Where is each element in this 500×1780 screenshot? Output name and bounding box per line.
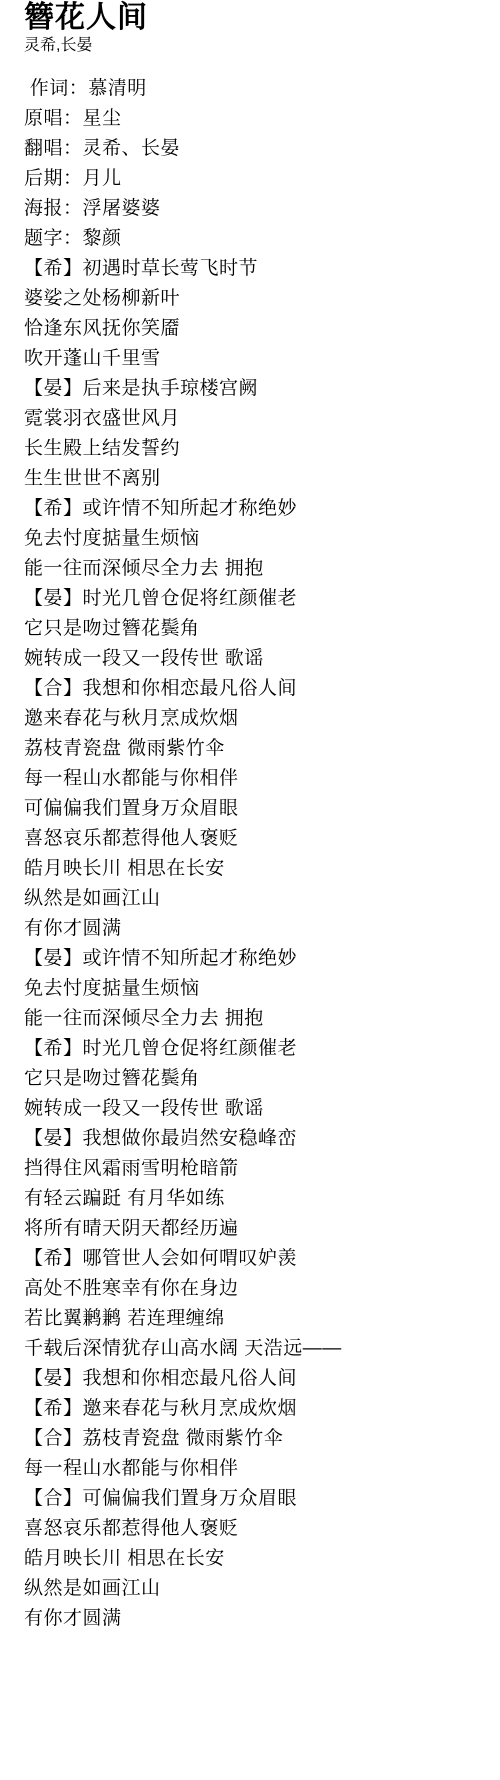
lyric-line: 生生世世不离别 <box>24 464 490 494</box>
lyric-line: 能一往而深倾尽全力去 拥抱 <box>24 554 490 584</box>
lyric-line: 它只是吻过簪花鬓角 <box>24 614 490 644</box>
lyric-line: 【希】哪管世人会如何喟叹妒羡 <box>24 1244 490 1274</box>
lyrics-page: 簪花人间 灵希,长晏 作词：慕清明原唱：星尘翻唱：灵希、长晏后期：月儿海报：浮屠… <box>0 0 500 1634</box>
lyric-line: 【晏】后来是执手琼楼宫阙 <box>24 374 490 404</box>
credit-line: 海报：浮屠婆婆 <box>24 194 490 224</box>
lyrics-block: 【希】初遇时草长莺飞时节婆娑之处杨柳新叶恰逢东风抚你笑靥吹开蓬山千里雪【晏】后来… <box>24 254 490 1634</box>
lyric-line: 皓月映长川 相思在长安 <box>24 1544 490 1574</box>
lyric-line: 能一往而深倾尽全力去 拥抱 <box>24 1004 490 1034</box>
lyric-line: 【希】初遇时草长莺飞时节 <box>24 254 490 284</box>
lyric-line: 霓裳羽衣盛世风月 <box>24 404 490 434</box>
lyric-line: 婉转成一段又一段传世 歌谣 <box>24 1094 490 1124</box>
lyric-line: 皓月映长川 相思在长安 <box>24 854 490 884</box>
artist-subtitle: 灵希,长晏 <box>24 34 490 58</box>
lyric-line: 有轻云蹁跹 有月华如练 <box>24 1184 490 1214</box>
lyric-line: 高处不胜寒幸有你在身边 <box>24 1274 490 1304</box>
lyric-line: 【合】荔枝青瓷盘 微雨紫竹伞 <box>24 1424 490 1454</box>
lyric-line: 婆娑之处杨柳新叶 <box>24 284 490 314</box>
lyric-line: 将所有晴天阴天都经历遍 <box>24 1214 490 1244</box>
lyric-line: 【希】邀来春花与秋月烹成炊烟 <box>24 1394 490 1424</box>
lyric-line: 【希】时光几曾仓促将红颜催老 <box>24 1034 490 1064</box>
credit-line: 作词：慕清明 <box>24 74 490 104</box>
credit-line: 原唱：星尘 <box>24 104 490 134</box>
lyric-line: 可偏偏我们置身万众眉眼 <box>24 794 490 824</box>
lyric-line: 【合】可偏偏我们置身万众眉眼 <box>24 1484 490 1514</box>
lyric-line: 【晏】时光几曾仓促将红颜催老 <box>24 584 490 614</box>
credits-block: 作词：慕清明原唱：星尘翻唱：灵希、长晏后期：月儿海报：浮屠婆婆题字：黎颜 <box>24 74 490 254</box>
lyric-line: 荔枝青瓷盘 微雨紫竹伞 <box>24 734 490 764</box>
lyric-line: 千载后深情犹存山高水阔 天浩远—— <box>24 1334 490 1364</box>
lyric-line: 【晏】或许情不知所起才称绝妙 <box>24 944 490 974</box>
credit-line: 翻唱：灵希、长晏 <box>24 134 490 164</box>
lyric-line: 有你才圆满 <box>24 1604 490 1634</box>
lyric-line: 【晏】我想做你最岿然安稳峰峦 <box>24 1124 490 1154</box>
lyric-line: 免去忖度掂量生烦恼 <box>24 974 490 1004</box>
lyric-line: 【合】我想和你相恋最凡俗人间 <box>24 674 490 704</box>
lyric-line: 挡得住风霜雨雪明枪暗箭 <box>24 1154 490 1184</box>
lyric-line: 纵然是如画江山 <box>24 1574 490 1604</box>
lyric-line: 纵然是如画江山 <box>24 884 490 914</box>
lyric-line: 有你才圆满 <box>24 914 490 944</box>
lyric-line: 婉转成一段又一段传世 歌谣 <box>24 644 490 674</box>
lyric-line: 免去忖度掂量生烦恼 <box>24 524 490 554</box>
lyrics-body: 作词：慕清明原唱：星尘翻唱：灵希、长晏后期：月儿海报：浮屠婆婆题字：黎颜 【希】… <box>24 74 490 1634</box>
page-title: 簪花人间 <box>24 2 490 34</box>
lyric-line: 每一程山水都能与你相伴 <box>24 1454 490 1484</box>
lyric-line: 恰逢东风抚你笑靥 <box>24 314 490 344</box>
lyric-line: 邀来春花与秋月烹成炊烟 <box>24 704 490 734</box>
lyric-line: 喜怒哀乐都惹得他人褒贬 <box>24 1514 490 1544</box>
lyric-line: 每一程山水都能与你相伴 <box>24 764 490 794</box>
credit-line: 题字：黎颜 <box>24 224 490 254</box>
lyric-line: 它只是吻过簪花鬓角 <box>24 1064 490 1094</box>
lyric-line: 若比翼鹣鹣 若连理缠绵 <box>24 1304 490 1334</box>
lyric-line: 吹开蓬山千里雪 <box>24 344 490 374</box>
lyric-line: 【晏】我想和你相恋最凡俗人间 <box>24 1364 490 1394</box>
lyric-line: 喜怒哀乐都惹得他人褒贬 <box>24 824 490 854</box>
lyric-line: 长生殿上结发誓约 <box>24 434 490 464</box>
lyric-line: 【希】或许情不知所起才称绝妙 <box>24 494 490 524</box>
credit-line: 后期：月儿 <box>24 164 490 194</box>
